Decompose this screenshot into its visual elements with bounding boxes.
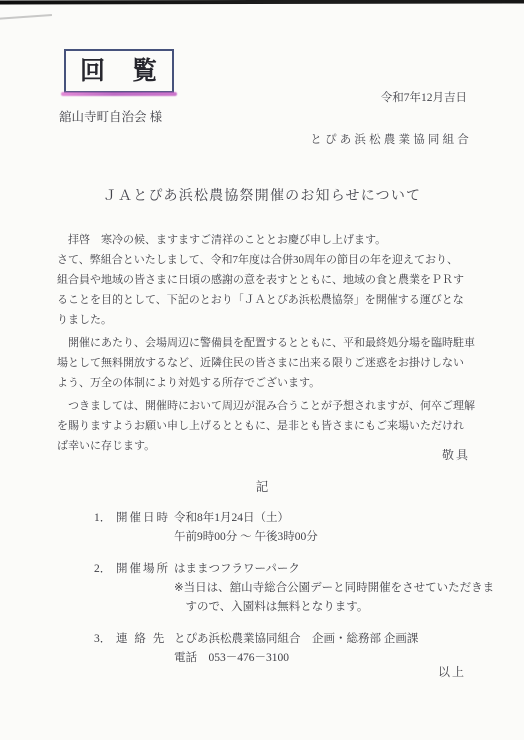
scan-artifact-top-edge: [0, 0, 524, 5]
item-label: 開催場所: [116, 560, 174, 617]
document-date: 令和7年12月吉日: [381, 89, 467, 105]
notice-heading-ki: 記: [0, 477, 524, 495]
item-number: 2．: [94, 560, 116, 617]
item-label: 連 絡 先: [116, 630, 174, 668]
body-paragraph-2: 開催にあたり、会場周辺に警備員を配置するとともに、平和最終処分場を臨時駐車 場と…: [57, 333, 481, 393]
closing-keigu: 敬具: [442, 446, 470, 463]
kairan-label: 回 覧: [80, 59, 158, 84]
kairan-circulation-box: 回 覧: [64, 49, 174, 93]
addressee: 舘山寺町自治会 様: [59, 107, 162, 125]
item-label: 開催日時: [116, 509, 174, 547]
end-ijou: 以上: [438, 663, 466, 680]
notice-list: 1． 開催日時 令和8年1月24日（土） 午前9時00分 ～ 午後3時00分 2…: [94, 509, 518, 681]
notice-item-datetime: 1． 開催日時 令和8年1月24日（土） 午前9時00分 ～ 午後3時00分: [94, 509, 518, 547]
item-value: はままつフラワーパーク ※当日は、舘山寺総合公園デーと同時開催をさせていただきま…: [174, 560, 518, 617]
body-paragraph-3: つきましては、開催時において周辺が混み合うことが予想されますが、何卒ご理解 を賜…: [57, 396, 481, 456]
scan-artifact-skew-line: [0, 14, 52, 20]
item-value: 令和8年1月24日（土） 午前9時00分 ～ 午後3時00分: [174, 509, 518, 547]
document-title: ＪＡとぴあ浜松農協祭開催のお知らせについて: [0, 185, 524, 205]
kairan-magenta-underline: [61, 92, 177, 96]
body-text: 拝啓 寒冷の候、ますますご清祥のこととお慶び申し上げます。 さて、弊組合といたし…: [57, 230, 481, 459]
scanned-circular-document: 回 覧 令和7年12月吉日 舘山寺町自治会 様 とぴあ浜松農業協同組合 ＪＡとぴ…: [0, 0, 524, 740]
body-paragraph-1: 拝啓 寒冷の候、ますますご清祥のこととお慶び申し上げます。 さて、弊組合といたし…: [57, 230, 481, 330]
notice-item-venue: 2． 開催場所 はままつフラワーパーク ※当日は、舘山寺総合公園デーと同時開催を…: [94, 560, 518, 617]
item-value: とぴあ浜松農業協同組合 企画・総務部 企画課 電話 053－476－3100: [174, 630, 518, 668]
item-number: 1．: [94, 509, 116, 547]
item-number: 3．: [94, 630, 116, 668]
sender-organization: とぴあ浜松農業協同組合: [310, 131, 472, 147]
